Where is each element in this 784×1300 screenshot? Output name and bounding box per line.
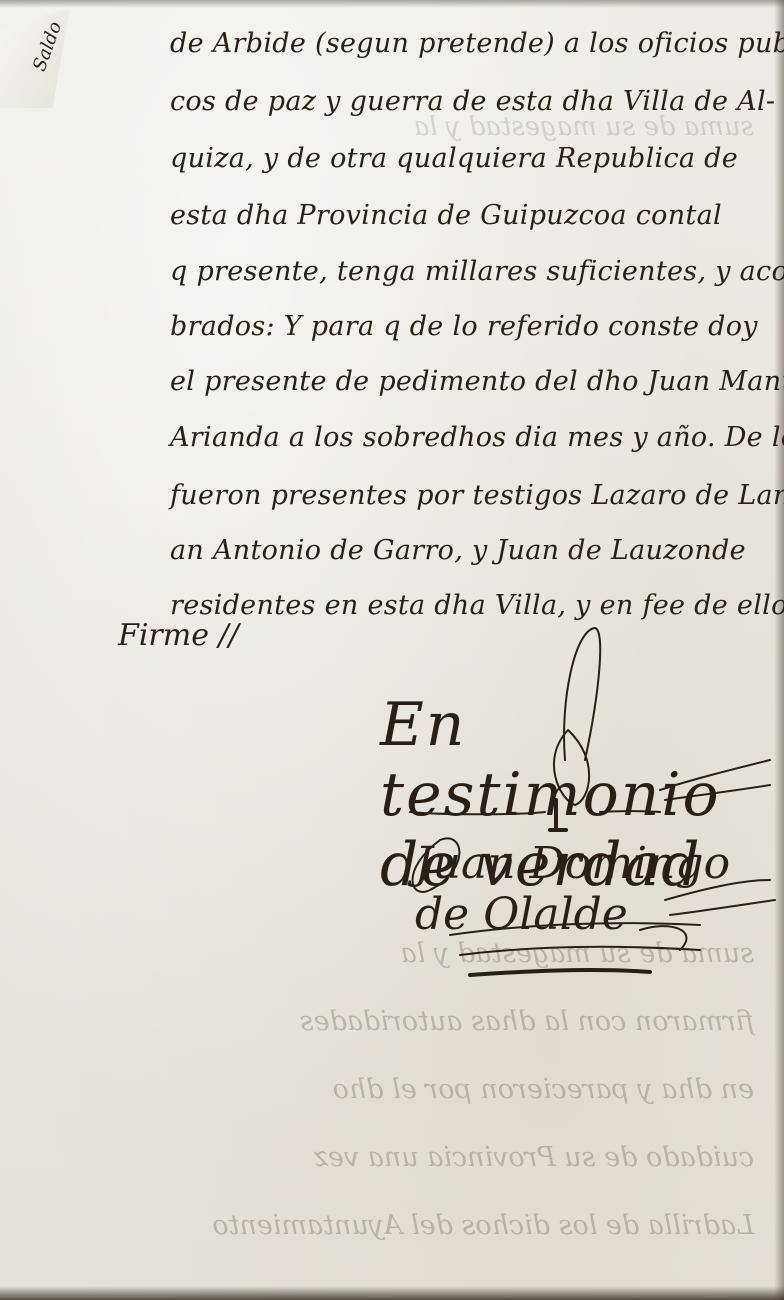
notary-signature: Juan Domingo de Olalde	[415, 838, 784, 940]
manuscript-line: el presente de pedimento del dho Juan Ma…	[170, 366, 784, 397]
manuscript-line: quiza, y de otra qualquiera Republica de	[170, 143, 738, 174]
manuscript-line: de Arbide (segun pretende) a los oficios…	[170, 28, 784, 59]
manuscript-line: residentes en esta dha Villa, y en fee d…	[170, 590, 784, 621]
page-bottom-edge	[0, 1286, 784, 1300]
manuscript-line: q presente, tenga millares suficientes, …	[170, 256, 784, 287]
manuscript-page: suma de su magestad y la suma de su mage…	[0, 0, 784, 1300]
page-right-edge	[774, 0, 784, 1300]
firmo-closing: Firme //	[118, 618, 239, 653]
bleed-through-text-lower: suma de su magestad y la firmaron con la…	[0, 880, 784, 1300]
page-top-edge	[0, 0, 784, 8]
manuscript-line: brados: Y para q de lo referido conste d…	[170, 311, 758, 342]
manuscript-line: an Antonio de Garro, y Juan de Lauzonde	[170, 535, 746, 566]
manuscript-line: fueron presentes por testigos Lazaro de …	[170, 480, 784, 511]
manuscript-line: Arianda a los sobredhos dia mes y año. D…	[170, 422, 784, 453]
manuscript-line: esta dha Provincia de Guipuzcoa contal	[170, 200, 722, 231]
manuscript-line: cos de paz y guerra de esta dha Villa de…	[170, 86, 775, 117]
